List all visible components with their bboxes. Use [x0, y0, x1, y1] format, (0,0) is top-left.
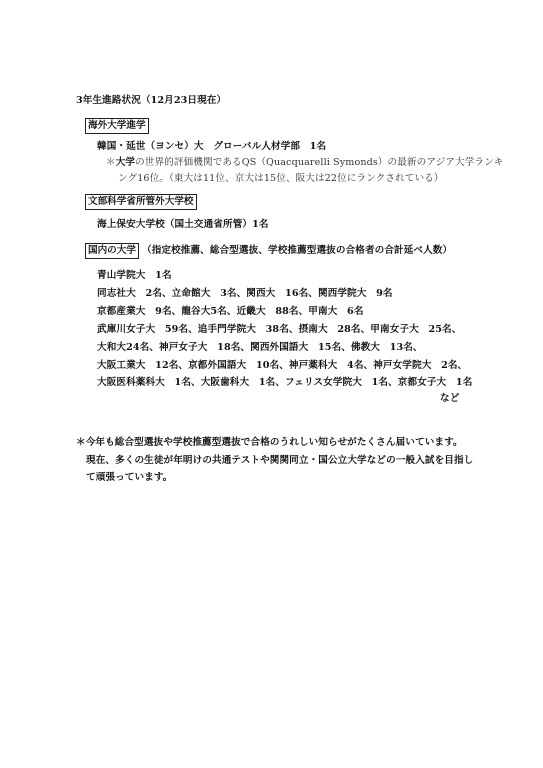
- domestic-heading-suffix: （指定校推薦、総合型選抜、学校推薦型選抜の合格者の合計延べ人数）: [142, 245, 452, 257]
- domestic-entry: 大阪工業大 12名、京都外国語大 10名、神戸薬科大 4名、神戸女学院大 2名、: [97, 360, 467, 372]
- domestic-entry: 大阪医科薬科大 1名、大阪歯科大 1名、フェリス女学院大 1名、京都女子大 1名: [97, 377, 472, 389]
- document-page: 3年生進路状況（12月23日現在） 海外大学進学 韓国・延世（ヨンセ）大 グロー…: [0, 0, 543, 768]
- domestic-entry: 大和大24名、神戸女子大 18名、関西外国語大 15名、佛教大 13名、: [97, 342, 423, 354]
- section-heading-non-mext: 文部科学省所管外大学校: [85, 194, 197, 210]
- domestic-entry: 同志社大 2名、立命館大 3名、関西大 16名、関西学院大 9名: [97, 288, 393, 300]
- footer-note-text: 今年も総合型選抜や学校推薦型選抜で合格のうれしい知らせがたくさん届いています。: [86, 437, 463, 448]
- domestic-entry: 武庫川女子大 59名、追手門学院大 38名、摂南大 28名、甲南女子大 25名、: [97, 324, 461, 336]
- footer-note-line3: て頑張っています。: [86, 472, 172, 484]
- section-heading-domestic: 国内の大学: [85, 243, 139, 259]
- non-mext-entry: 海上保安大学校（国土交通省所管）1名: [97, 219, 269, 231]
- bullet-icon: ＊: [106, 157, 116, 168]
- footer-note-line2: 現在、多くの生徒が年明けの共通テストや関関同立・国公立大学などの一般入試を目指し: [86, 455, 473, 467]
- note-text: の世界的評価機関であるQS（Quacquarelli Symonds）の最新のア…: [135, 157, 503, 168]
- section-heading-overseas: 海外大学進学: [85, 118, 149, 134]
- bullet-icon: ＊: [76, 437, 86, 448]
- overseas-note-line1: ＊大学の世界的評価機関であるQS（Quacquarelli Symonds）の最…: [106, 157, 504, 169]
- overseas-note-line2: ング16位。（東大は11位、京大は15位、阪大は22位にランクされている）: [118, 173, 444, 185]
- domestic-trailing: など: [440, 393, 459, 405]
- domestic-entry: 京都産業大 9名、龍谷大5名、近畿大 88名、甲南大 6名: [97, 306, 364, 318]
- overseas-entry: 韓国・延世（ヨンセ）大 グローバル人材学部 1名: [97, 141, 326, 153]
- note-bold-prefix: 大学: [116, 157, 135, 168]
- footer-note-line1: ＊今年も総合型選抜や学校推薦型選抜で合格のうれしい知らせがたくさん届いています。: [76, 437, 463, 449]
- page-title: 3年生進路状況（12月23日現在）: [76, 95, 226, 107]
- domestic-entry: 青山学院大 1名: [97, 270, 172, 282]
